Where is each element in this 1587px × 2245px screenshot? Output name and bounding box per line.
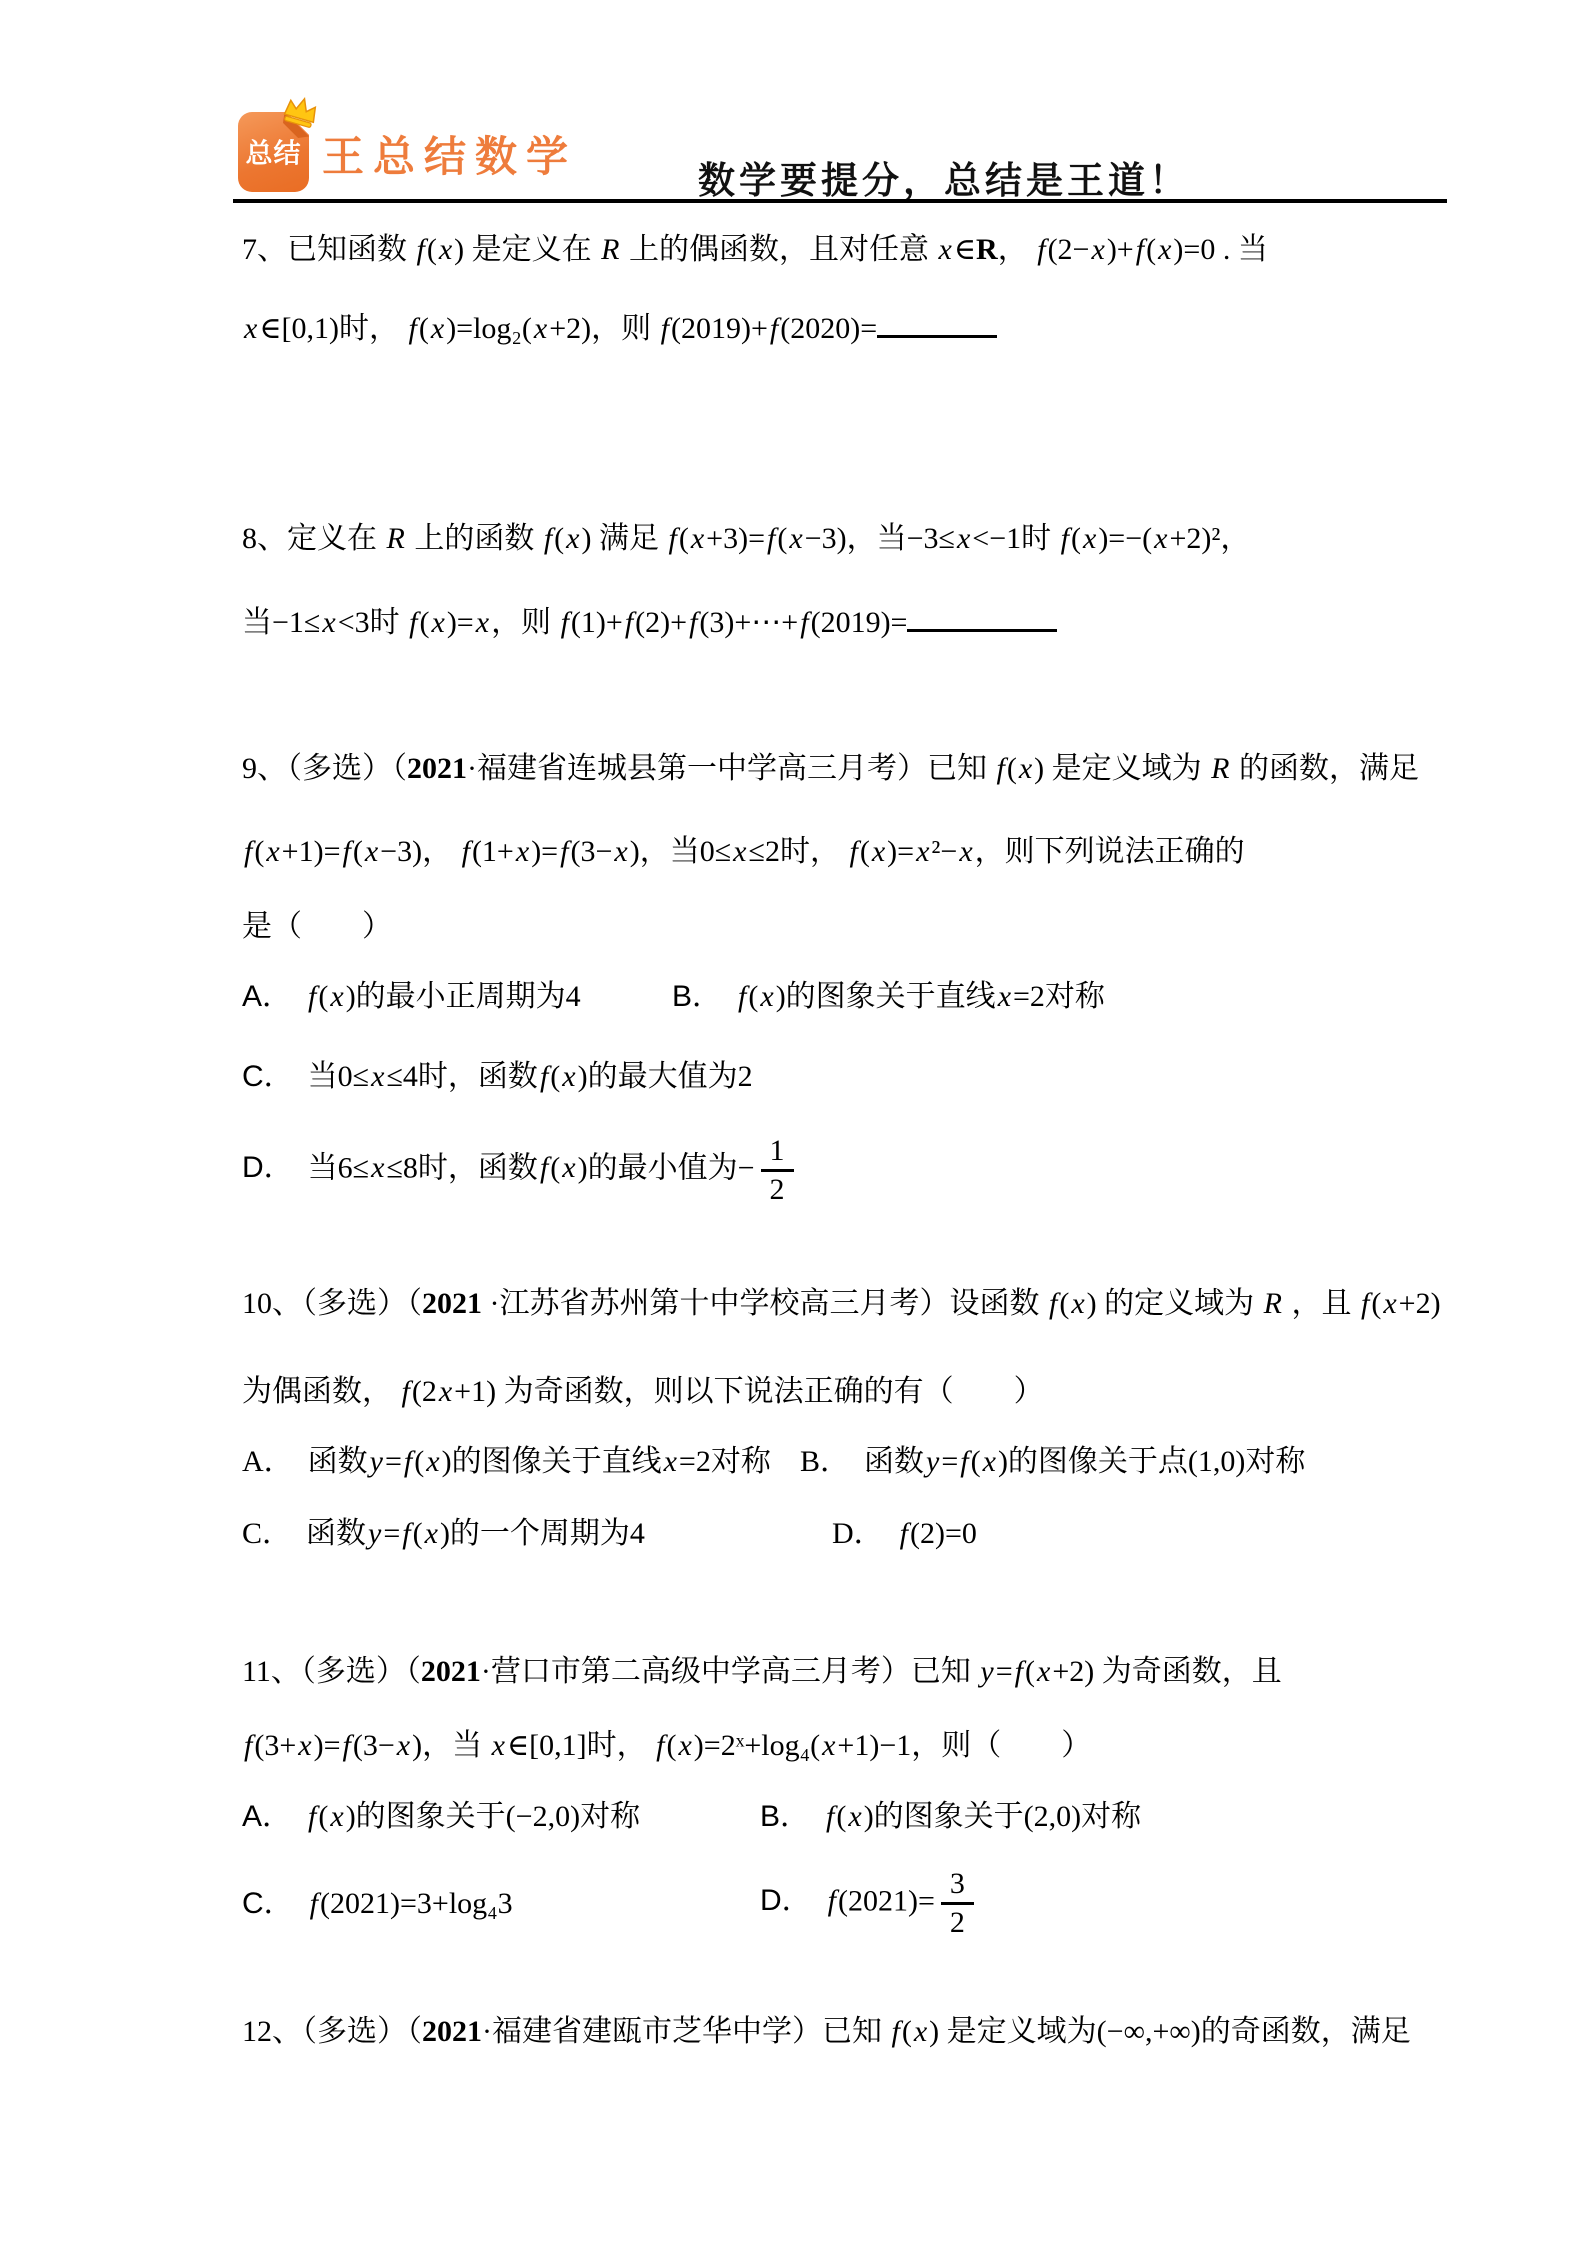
line-text: x∈[0,1)时， f(x)=log₂(x+2)，则 f(2019)+f(202…: [242, 305, 997, 351]
header-divider: [233, 199, 1447, 203]
option-label: A．: [242, 1440, 294, 1484]
option-B: B．f(x)的图象关于(2,0)对称: [760, 1795, 1141, 1839]
line-text: 是（ ）: [242, 905, 392, 949]
line-text: 11、（多选）（2021·营口市第二高级中学高三月考）已知 y=f(x+2) 为…: [242, 1650, 1282, 1694]
problem-9-line-4: C．当0≤x≤4时，函数f(x)的最大值为2: [242, 1053, 753, 1099]
option-label: C．: [242, 1512, 292, 1556]
line-text: 为偶函数， f(2x+1) 为奇函数，则以下说法正确的有（ ）: [242, 1370, 1044, 1414]
problem-9-line-5: D．当6≤x≤8时，函数f(x)的最小值为−12: [242, 1135, 794, 1206]
option-C: C．f(2021)=3+log₄3: [242, 1882, 760, 1926]
option-label: C．: [242, 1055, 294, 1099]
option-A: A．f(x)的图象关于(−2,0)对称: [242, 1795, 760, 1839]
problem-11-line-0: 11、（多选）（2021·营口市第二高级中学高三月考）已知 y=f(x+2) 为…: [242, 1648, 1282, 1694]
option-label: D．: [242, 1146, 294, 1190]
line-text: f(3+x)=f(3−x)，当 x∈[0,1]时， f(x)=2ˣ+log₄(x…: [242, 1724, 1091, 1768]
problem-10-line-1: 为偶函数， f(2x+1) 为奇函数，则以下说法正确的有（ ）: [242, 1368, 1044, 1414]
bold-text: 2021: [407, 752, 467, 785]
problem-9-line-2: 是（ ）: [242, 903, 392, 949]
line-text: f(x+1)=f(x−3)， f(1+x)=f(3−x)，当0≤x≤2时， f(…: [242, 830, 1245, 874]
problem-8-line-1: 当−1≤x<3时 f(x)=x，则 f(1)+f(2)+f(3)+⋯+f(201…: [242, 598, 1057, 645]
option-label: D．: [832, 1512, 884, 1556]
option-label: A．: [242, 975, 292, 1019]
option-C: C．函数y=f(x)的一个周期为4: [242, 1512, 832, 1556]
document-page: 总结 王总结数学 数学要提分，总结是王道！ 7、已知函数 f(x) 是定义在 R…: [0, 0, 1587, 2245]
problem-8-line-0: 8、定义在 R 上的函数 f(x) 满足 f(x+3)=f(x−3)，当−3≤x…: [242, 515, 1250, 561]
option-B: B．f(x)的图象关于直线x=2对称: [672, 975, 1105, 1019]
brand-logo-icon: 总结: [238, 112, 309, 192]
fraction: 32: [941, 1868, 974, 1939]
option-B: B．函数y=f(x)的图像关于点(1,0)对称: [800, 1440, 1305, 1484]
bold-text: 2021: [421, 1655, 481, 1688]
option-D: D．f(2021)=32: [760, 1868, 974, 1939]
answer-blank: [907, 599, 1057, 632]
option-label: B．: [672, 975, 722, 1019]
brand-name: 王总结数学: [322, 124, 577, 184]
line-text: 8、定义在 R 上的函数 f(x) 满足 f(x+3)=f(x−3)，当−3≤x…: [242, 517, 1250, 561]
problem-11-line-1: f(3+x)=f(3−x)，当 x∈[0,1]时， f(x)=2ˣ+log₄(x…: [242, 1722, 1091, 1768]
problem-9-line-0: 9、（多选）（2021·福建省连城县第一中学高三月考）已知 f(x) 是定义域为…: [242, 745, 1419, 791]
bold-text: 2021: [422, 1287, 482, 1320]
problem-10-line-3: C．函数y=f(x)的一个周期为4D．f(2)=0: [242, 1510, 977, 1556]
option-label: B．: [800, 1440, 850, 1484]
problem-9-line-3: A．f(x)的最小正周期为4B．f(x)的图象关于直线x=2对称: [242, 973, 1105, 1019]
option-A: A．f(x)的最小正周期为4: [242, 975, 672, 1019]
option-label: C．: [242, 1882, 294, 1926]
line-text: 当−1≤x<3时 f(x)=x，则 f(1)+f(2)+f(3)+⋯+f(201…: [242, 599, 1057, 645]
brand-slogan: 数学要提分，总结是王道！: [698, 150, 1190, 204]
problem-11-line-2: A．f(x)的图象关于(−2,0)对称B．f(x)的图象关于(2,0)对称: [242, 1793, 1141, 1839]
bold-text: 2021: [422, 2015, 482, 2048]
problem-11-line-3: C．f(2021)=3+log₄3D．f(2021)=32: [242, 1868, 974, 1939]
line-text: 10、（多选）（2021 ·江苏省苏州第十中学校高三月考）设函数 f(x) 的定…: [242, 1282, 1441, 1326]
line-text: 7、已知函数 f(x) 是定义在 R 上的偶函数，且对任意 x∈R， f(2−x…: [242, 228, 1268, 272]
problem-9-line-1: f(x+1)=f(x−3)， f(1+x)=f(3−x)，当0≤x≤2时， f(…: [242, 828, 1245, 874]
option-label: A．: [242, 1795, 292, 1839]
fraction: 12: [761, 1135, 794, 1206]
option-label: D．: [760, 1879, 812, 1923]
problem-10-line-0: 10、（多选）（2021 ·江苏省苏州第十中学校高三月考）设函数 f(x) 的定…: [242, 1280, 1441, 1326]
option-D: D．当6≤x≤8时，函数f(x)的最小值为−12: [242, 1135, 794, 1206]
answer-blank: [877, 305, 997, 338]
option-label: B．: [760, 1795, 810, 1839]
problem-7-line-0: 7、已知函数 f(x) 是定义在 R 上的偶函数，且对任意 x∈R， f(2−x…: [242, 226, 1268, 272]
option-A: A．函数y=f(x)的图像关于直线x=2对称: [242, 1440, 800, 1484]
problem-12-line-0: 12、（多选）（2021·福建省建瓯市芝华中学）已知 f(x) 是定义域为(−∞…: [242, 2008, 1411, 2054]
problem-7-line-1: x∈[0,1)时， f(x)=log₂(x+2)，则 f(2019)+f(202…: [242, 304, 997, 351]
bold-text: R: [976, 233, 998, 266]
option-C: C．当0≤x≤4时，函数f(x)的最大值为2: [242, 1055, 753, 1099]
line-text: 9、（多选）（2021·福建省连城县第一中学高三月考）已知 f(x) 是定义域为…: [242, 747, 1419, 791]
line-text: 12、（多选）（2021·福建省建瓯市芝华中学）已知 f(x) 是定义域为(−∞…: [242, 2010, 1411, 2054]
option-D: D．f(2)=0: [832, 1512, 977, 1556]
problem-10-line-2: A．函数y=f(x)的图像关于直线x=2对称B．函数y=f(x)的图像关于点(1…: [242, 1438, 1305, 1484]
